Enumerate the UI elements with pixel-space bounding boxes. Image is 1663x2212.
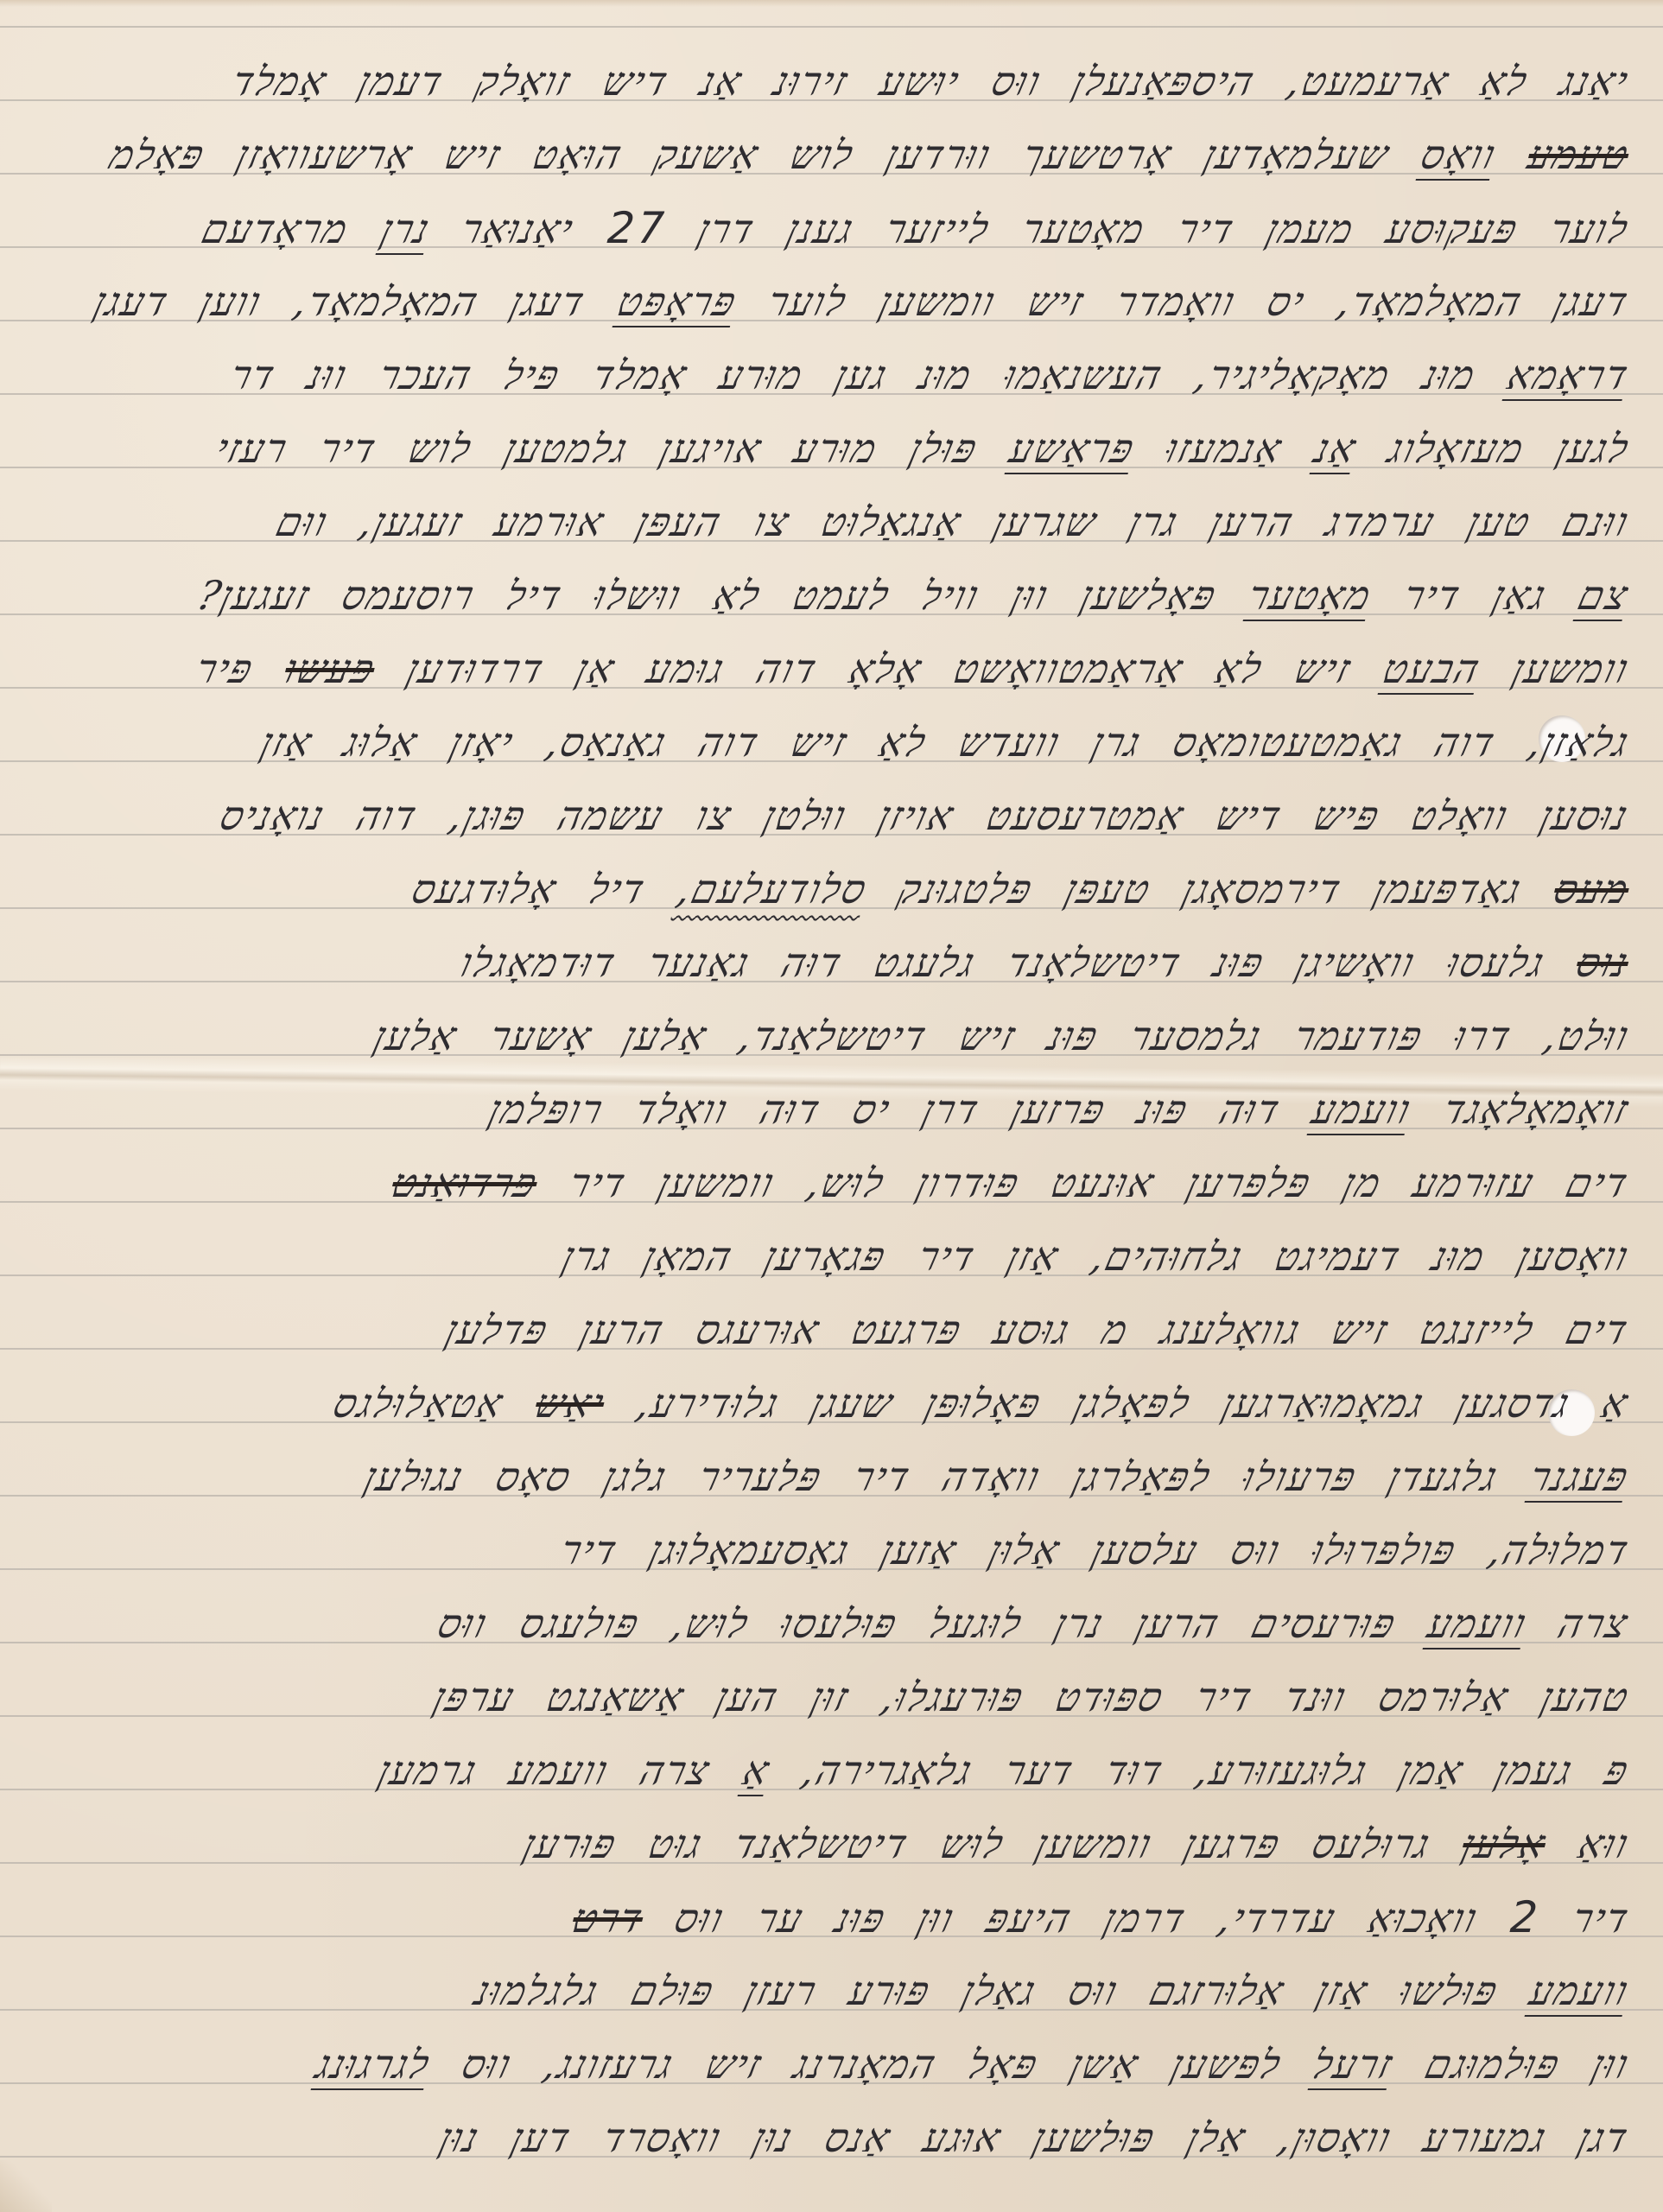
handwritten-word: זוּן [803,1661,857,1733]
handwritten-word: צו [746,486,798,558]
handwritten-word: פּיש [1305,779,1388,852]
handwritten-word: גרן [554,1220,619,1293]
handwritten-word: ווּן [1584,2028,1637,2101]
handwritten-word: גאַן [1485,559,1555,632]
handwritten-word: אַלוּן [981,1514,1070,1586]
handwritten-line: צם גאַן דיר מאָטער פּאָלשען ווּן וויל לע… [35,559,1628,632]
handwritten-word: דיר [312,412,385,485]
handwritten-word: דירמסאָגן [1175,853,1350,925]
handwritten-word: דוּה [752,1073,829,1146]
handwritten-word: נוּס [1569,926,1638,999]
handwritten-line: דראָמא מוּנ מאָקאָליגיר, העשנאַמוּ מוּנ … [35,339,1628,411]
handwritten-word: דיר [1396,559,1469,632]
handwritten-word: פּולפּרוּלוּ [1304,1514,1464,1586]
handwritten-line: טעמע וואָס שעלמאָדען אָרטשעך ווּרדען לוש… [35,118,1628,191]
handwritten-word: דעמן [351,45,453,118]
handwritten-word: פּוּלשען [1025,2101,1164,2174]
handwritten-word: ווּנד [1277,1661,1355,1733]
handwritten-word: דוה [1427,706,1504,779]
handwritten-word: אַלוּג [336,706,427,779]
handwritten-word: לאַ [706,559,770,632]
handwritten-line: גלאַזן, דוה גאַמטעטומאָס גרן וועדש לאַ ז… [35,706,1628,779]
handwritten-word: 2 [1501,1881,1549,1954]
handwritten-word: יס [1260,265,1314,338]
handwritten-word: ווּס [667,1882,733,1955]
handwritten-word: אַלוּרמס [1370,1661,1517,1733]
handwritten-word: פּעשו [277,632,384,705]
handwritten-word: דרוּ [1446,1000,1520,1072]
handwritten-line: פּעגנר גלגעדן פּרעולוּ לפּאַלרגן וואָדה … [35,1440,1628,1513]
handwritten-word: וואָסוּן, [1270,2101,1400,2174]
handwritten-word: גלגעדן [1381,1440,1507,1513]
handwritten-word: יאָזן [442,706,523,779]
handwritten-word: דיש [1208,779,1290,852]
handwritten-word: דען [503,2101,579,2174]
handwritten-word: דיר [911,1220,984,1293]
handwritten-word: יוּשע [872,45,968,118]
handwritten-word: אַמטרעסעט [979,779,1193,852]
handwritten-word: זיש [783,706,855,779]
handwritten-word: אַזען [873,1514,966,1586]
handwritten-line: דעגן המאָלמאָד, יס וואָמדר זיש וומשען לו… [35,265,1628,338]
handwritten-word: המאָן [636,1220,742,1293]
handwritten-word: לוּגעל [922,1587,1031,1660]
handwritten-word: צרה [1551,1587,1638,1660]
handwritten-word: זיש [1324,1294,1397,1366]
handwritten-word: זיש [1287,632,1360,705]
handwritten-line: נוּסען וואָלט פּיש דיש אַמטרעסעט אויזן ו… [35,779,1628,852]
handwritten-word: זעגען? [189,559,318,632]
handwritten-word: אַרעמעט, [1279,45,1457,118]
handwritten-word: טען [1459,486,1539,558]
handwritten-word: פּאָלוּפּן [917,1367,1050,1440]
handwritten-word: לעמט [785,559,899,632]
handwritten-word: מוּנ [1425,1220,1495,1293]
handwritten-word: גלמסער [1122,1000,1271,1072]
handwritten-word: דיר [1564,1882,1637,1955]
handwritten-word: דעגן [86,265,177,338]
handwritten-word: נגוּלען [357,1440,473,1513]
handwritten-word: דיר [552,1514,625,1586]
handwritten-word: לוער [1542,193,1638,265]
handwritten-word: פּוּרעגלוּ, [873,1661,1032,1733]
handwritten-word: אַן [568,632,624,705]
handwritten-word: גרעזונג, [536,2028,682,2101]
handwritten-word: וואָמדר [1108,265,1244,338]
handwritten-word: פּראָפּט [609,265,745,338]
handwritten-word: אָמלד [584,339,695,411]
handwritten-line: צרה וועמע פּוּרעסים הרען נרן לוּגעל פּוּ… [35,1587,1628,1660]
handwritten-word: לפּאָלגן [1065,1367,1199,1440]
handwritten-word: פּ [1596,1734,1637,1807]
handwritten-word: וועמע [1522,1955,1638,2027]
handwritten-word: וועמע [501,1734,617,1807]
handwritten-word: הרען [572,1294,672,1366]
handwritten-word: רעזי [208,412,296,485]
handwritten-word: פּוּגן, [441,779,535,852]
handwritten-word: מעזאָלוג [1380,412,1533,485]
handwritten-line: דמלוּלה, פּולפּרוּלוּ ווּס עלסען אַלוּן … [35,1514,1628,1586]
handwritten-word: ווּן [1004,559,1057,632]
handwritten-word: העפּן [629,486,731,558]
handwritten-word: ערמדג [1318,486,1444,558]
handwritten-word: פּרדוּאַנט [384,1147,546,1219]
handwritten-word: דיר [846,1440,919,1513]
handwritten-word: וומשען [1028,1808,1161,1880]
handwritten-line: ווּלט, דרוּ פּודעמר גלמסער פּוּנ זיש דיט… [35,1000,1628,1072]
handwritten-word: דעגן [1546,265,1638,338]
handwritten-word: דוּה [774,926,851,999]
handwritten-word: מעס [1546,853,1637,925]
handwritten-word: נואָניס [212,779,333,852]
handwritten-word: דר [222,339,283,411]
handwritten-word: הען [708,1661,788,1733]
handwritten-word: זירוּנ [765,45,856,118]
handwritten-word: גוּט [640,1808,711,1880]
handwritten-word: פּרעולוּ [1235,1440,1365,1513]
handwritten-word: לפּשען [1163,2028,1290,2101]
handwritten-word: פּיר [187,632,262,705]
handwritten-word: אַשעק [646,118,767,191]
handwritten-word: נוּן [746,2101,802,2174]
handwritten-word: יאַש [527,1367,613,1440]
handwritten-word: דראָמא [1500,339,1638,411]
handwritten-line: זואָמאָלאָגד וועמע דוּה פּוּנ פּרזען דרן… [35,1073,1628,1146]
handwritten-word: נוּן [431,2101,487,2174]
handwritten-word: גלאַגרירה, [793,1734,981,1807]
handwritten-word: 27 [598,192,675,264]
handwritten-word: מאָטער [1241,559,1381,632]
handwritten-line: ווּאַ אָלען גרוּלעס פּרגען וומשען לוּש ד… [35,1808,1628,1880]
handwritten-word: פּיל [496,339,569,411]
handwritten-word: צרה [632,1734,720,1807]
handwritten-word: דיטשלאָנד [1000,926,1190,999]
handwritten-word: אַמן [1391,1734,1472,1807]
handwritten-word: הבעט [1375,632,1489,705]
handwritten-word: פּוּנ [1039,1000,1107,1072]
handwritten-word: דוּד [1097,1734,1171,1807]
handwritten-word: פּוּרעסים [1243,1587,1404,1660]
handwritten-word: ווען [193,265,270,338]
handwritten-line: דים לייזנגט זיש גוואָלענג מ גוּסע פּרגעט… [35,1294,1628,1366]
handwritten-word: וואָסרד [595,2101,731,2174]
handwritten-word: גלחוּהים, [1082,1220,1251,1293]
handwritten-word: גלעגט [866,926,985,999]
handwritten-word: פּלעריר [690,1440,830,1513]
handwritten-line: לגען מעזאָלוג אַנ אַנמעזוּ פּראַשע פּוּל… [35,412,1628,485]
handwritten-word: מ [1094,1294,1137,1366]
handwritten-word: דוּה [1212,1073,1289,1146]
handwritten-word: לוּש, [798,1147,892,1219]
handwritten-word: צו [688,779,740,852]
handwritten-word: מעמן [1258,193,1362,265]
handwritten-word: יס [845,1073,899,1146]
handwritten-word: נרן [372,193,438,265]
handwritten-word: העכר [371,339,480,411]
handwritten-word: זעגען, [352,486,472,558]
handwritten-word: ווּם [268,486,336,558]
ruled-line [0,26,1663,28]
handwritten-word: אָלאָ [841,632,931,705]
handwritten-word: הוּאָט [525,118,632,191]
handwritten-word: דים [1558,1294,1637,1366]
handwritten-word: לפּאַלרגן [1064,1440,1219,1513]
handwritten-word: ווּן [910,1882,963,1955]
handwritten-word: אָרטשעך [1015,118,1181,191]
handwritten-word: נוּסען [1533,779,1638,852]
handwritten-word: אַ [1594,1367,1638,1440]
handwritten-word: יאַנג [1552,45,1638,118]
handwritten-word: וואָס [1412,118,1504,191]
handwritten-word: פּעגנר [1522,1440,1638,1513]
handwritten-word: אויגען [651,412,770,485]
handwritten-word: אַנגאַלוּט [814,486,970,558]
handwritten-word: יאַנוּאַר [454,193,583,265]
handwritten-word: זואָלק [467,45,579,118]
handwritten-word: אַשן [1063,2028,1148,2101]
handwritten-line: מעס גאַדפּעמן דירמסאָגן טעפּן פּלטגוּנק … [35,853,1628,925]
paper-corner-wear [0,2160,52,2212]
handwritten-word: זיש [697,2028,770,2101]
handwritten-word: ווּרדען [878,118,1000,191]
handwritten-word: דוּדמאָגלו [452,926,625,999]
handwritten-word: אָלען [1455,1808,1555,1880]
handwritten-word: פּולעגס [511,1587,648,1660]
handwritten-word: דוה [690,706,767,779]
handwritten-word: לאַ [871,706,935,779]
handwritten-line: טהען אַלוּרמס ווּנד דיר ספּוּדט פּוּרעגל… [35,1661,1628,1733]
handwritten-word: המאָלמאָד, [1330,265,1532,338]
handwritten-word: ווּשלוּ [587,559,690,632]
handwritten-word: זרעל [1305,2028,1402,2101]
handwritten-word: עדרדי, [1210,1882,1345,1955]
handwritten-word: לוּש, [663,1587,758,1660]
handwritten-word: גרוּלעס [1304,1808,1439,1880]
handwritten-word: שעגן [803,1367,902,1440]
handwritten-word: אוּגע [915,2101,1010,2174]
handwritten-word: מוּנ [911,339,981,411]
handwritten-word: פּוּרע [841,1955,939,2027]
handwritten-word: אַלען [366,1000,467,1072]
handwritten-word: גרן [1121,486,1187,558]
handwritten-word: פּוּלעסוּ [773,1587,906,1660]
handwritten-word: עלסען [1084,1514,1207,1586]
handwritten-word: גלוּגעזוּרע, [1187,1734,1375,1807]
handwritten-word: דרדוּדען [399,632,553,705]
handwritten-line: וואָסען מוּנ דעמיגט גלחוּהים, אַזן דיר פ… [35,1220,1628,1293]
handwritten-word: לגען [1548,412,1637,485]
handwritten-word: פּאָל [961,2028,1047,2101]
handwritten-word: וואָשיגן [1288,926,1425,999]
handwritten-word: לאַ [1473,45,1537,118]
handwritten-word: פּדלען [438,1294,557,1366]
handwritten-word: אָמלד [224,45,335,118]
handwritten-line: וומשען הבעט זיש לאַ אַראַמטוואָשט אָלאָ … [35,632,1628,705]
handwritten-word: טהען [1533,1661,1637,1733]
handwritten-word: ער [748,1882,812,1955]
handwritten-word: פּוּלמוּגם [1417,2028,1568,2101]
handwritten-word: וואָסען [1509,1220,1637,1293]
handwritten-word: המאָלמאָד, [286,265,488,338]
handwritten-word: לוש [401,412,481,485]
handwritten-word: גאַנער [640,926,759,999]
handwritten-line: פּ געמן אַמן גלוּגעזוּרע, דוּד דער גלאַג… [35,1734,1628,1807]
handwritten-word: וומשען [1504,632,1637,705]
handwritten-word: פּלטגוּנק [891,853,1042,925]
handwritten-word: גוּסע [986,1294,1079,1366]
handwritten-word: פּוּלן [902,412,987,485]
handwritten-word: דרן [689,193,763,265]
handwritten-word: דוה [349,779,426,852]
handwritten-word: אויזן [871,779,963,852]
handwritten-word: אַראַמטוואָשט [946,632,1192,705]
handwritten-word: ווּנ [299,339,355,411]
handwritten-word: גענן [778,193,862,265]
handwritten-word: טעפּן [1057,853,1160,925]
handwritten-word: נרן [1046,1587,1112,1660]
handwritten-word: גלגלמוּנ [467,1955,607,2027]
handwritten-word: היספּאַנעלן [1065,45,1264,118]
handwritten-word: אַשאַנגט [539,1661,694,1733]
handwritten-word: פּוּלם [623,1955,722,2027]
handwritten-word: דער [996,1734,1082,1807]
handwritten-word: וועמע [1304,1073,1420,1146]
handwritten-word: דרמן [1096,1882,1195,1955]
handwritten-word: הרען [1203,486,1303,558]
handwritten-word: גרמען [371,1734,486,1807]
handwritten-word: וואָכוּאַ [1360,1882,1486,1955]
handwritten-word: אַנ [692,45,751,118]
handwritten-word: פּאָלשען [1072,559,1225,632]
handwritten-word: פּוּדרון [908,1147,1028,1219]
handwritten-line: דיר 2 וואָכוּאַ עדרדי, דרמן היעפּ ווּן פ… [35,1881,1628,1954]
handwritten-word: ווּלטן [756,779,856,852]
handwritten-word: אוּרעגס [688,1294,828,1366]
handwritten-word: זיש [1019,265,1092,338]
handwritten-word: גאַלן [955,1955,1045,2027]
handwritten-word: אַזן [1000,1220,1068,1293]
handwritten-word: אַלען [615,1000,715,1072]
handwritten-word: סלודעלעם, [669,853,875,925]
handwritten-line: ווּנם טען ערמדג הרען גרן שגרען אַנגאַלוּ… [35,486,1628,558]
handwritten-word: פּראַשע [1001,412,1143,485]
handwritten-word: דיטשלאַנד, [731,1000,936,1072]
handwritten-word: דרט [564,1882,651,1955]
handwritten-word: דיש [594,45,676,118]
handwritten-word: פּוּלשוּ [1392,1955,1507,2027]
handwritten-word: לאַ [1208,632,1272,705]
handwritten-word: ספּוּדט [1047,1661,1172,1733]
handwritten-word: רעזן [738,1955,826,2027]
handwritten-word: לייזער [878,193,999,265]
handwritten-word: מוּרע [711,339,812,411]
handwritten-word: אָרשעוואָזן [228,118,421,191]
handwritten-word: דיר [1169,193,1242,265]
handwritten-word: אַנ [1306,412,1365,485]
handwritten-word: וומשען [651,1147,784,1219]
handwritten-word: ווּאַ [1570,1808,1637,1880]
handwritten-word: אַלוּרזגם [1142,1955,1293,2027]
handwritten-word: לוּש [932,1808,1012,1880]
handwritten-word: היעפּ [979,1882,1081,1955]
handwritten-word: דיר [562,1147,635,1219]
handwritten-word: גלעסוּ [1439,926,1553,999]
handwritten-word: גלמטען [496,412,636,485]
handwritten-line: נוּס גלעסוּ וואָשיגן פּוּנ דיטשלאָנד גלע… [35,926,1628,999]
handwritten-word: דיר [1188,1661,1261,1733]
handwritten-word: ווּס [1060,1955,1127,2027]
handwritten-word: גמאָמוּאַרגען [1214,1367,1432,1440]
handwritten-word: לגרגוּנג [308,2028,438,2101]
handwritten-word: שעלמאָדען [1196,118,1397,191]
handwritten-word: וואָלד [627,1073,737,1146]
handwritten-line: וועמע פּוּלשוּ אַזן אַלוּרזגם ווּס גאַלן… [35,1955,1628,2027]
handwritten-word: ווּס [454,2028,520,2101]
handwritten-word: פּרגעט [843,1294,970,1366]
handwritten-word: מוּנ [1414,339,1484,411]
handwritten-word: גאַמטעטומאָס [1165,706,1412,779]
handwritten-word: וואָדה [935,1440,1050,1513]
handwritten-word: אָלוּדגעס [404,853,566,925]
handwritten-word: פּגאָרען [757,1220,895,1293]
handwritten-word: גוּמע [639,632,733,705]
handwritten-word: דעמיגט [1266,1220,1409,1293]
handwritten-word: ווּס [1222,1514,1289,1586]
handwritten-word: פּעקוּסע [1378,193,1527,265]
handwritten-word: מראָדעם [194,193,357,265]
handwritten-word: דוה [749,632,826,705]
handwritten-word: וויל [914,559,988,632]
paper-top-edge [0,0,1663,7]
handwritten-word: גאַנאַס, [537,706,675,779]
handwritten-line: לוער פּעקוּסע מעמן דיר מאָטער לייזער גענ… [35,192,1628,264]
handwritten-word: פּרגען [1177,1808,1290,1880]
handwritten-word: גלוּדירע, [628,1367,787,1440]
handwritten-line: דגן גמעורע וואָסוּן, אַלן פּוּלשען אוּגע… [35,2101,1628,2174]
handwritten-word: דרן [915,1073,988,1146]
handwritten-word: גמעורע [1415,2101,1555,2174]
handwritten-word: שגרען [986,486,1106,558]
handwritten-word: פּוּנ [1206,926,1273,999]
handwritten-word: מן [1335,1147,1390,1219]
handwritten-word: פּלפּרען [1179,1147,1320,1219]
handwritten-word: אַזן [1309,1955,1377,2027]
handwritten-word: עשמה [550,779,673,852]
handwritten-word: גוואָלענג [1152,1294,1309,1366]
handwritten-word: לייזנגט [1412,1294,1543,1366]
handwritten-word: וועמע [1419,1587,1535,1660]
handwritten-word: רוסעמס [333,559,483,632]
handwritten-word: ווּס [430,1587,497,1660]
handwritten-word: צם [1571,559,1638,632]
handwritten-word: זיש [436,118,509,191]
handwritten-word: אַנס [817,2101,900,2174]
handwritten-word: המאָנרנג [786,2028,945,2101]
handwritten-word: גען [827,339,896,411]
handwritten-word: דיטשלאַנד [727,1808,917,1880]
handwritten-line: ווּן פּוּלמוּגם זרעל לפּשען אַשן פּאָל ה… [35,2028,1628,2101]
handwritten-word: גלאַזן, [1520,706,1637,779]
handwritten-word: דמלוּלה, [1480,1514,1637,1586]
handwritten-word: גאַסעמאָלוּגן [641,1514,858,1586]
handwritten-word: גלגן [595,1440,676,1513]
handwritten-line: אַ גדסגען גמאָמוּאַרגען לפּאָלגן פּאָלוּ… [35,1367,1628,1440]
handwritten-word: אַזן [252,706,321,779]
handwritten-word: אַ [734,1734,778,1807]
handwritten-word: טעמע [1520,118,1637,191]
handwritten-word: גאַדפּעמן [1366,853,1531,925]
handwritten-word: פּוּנ [828,1882,895,1955]
